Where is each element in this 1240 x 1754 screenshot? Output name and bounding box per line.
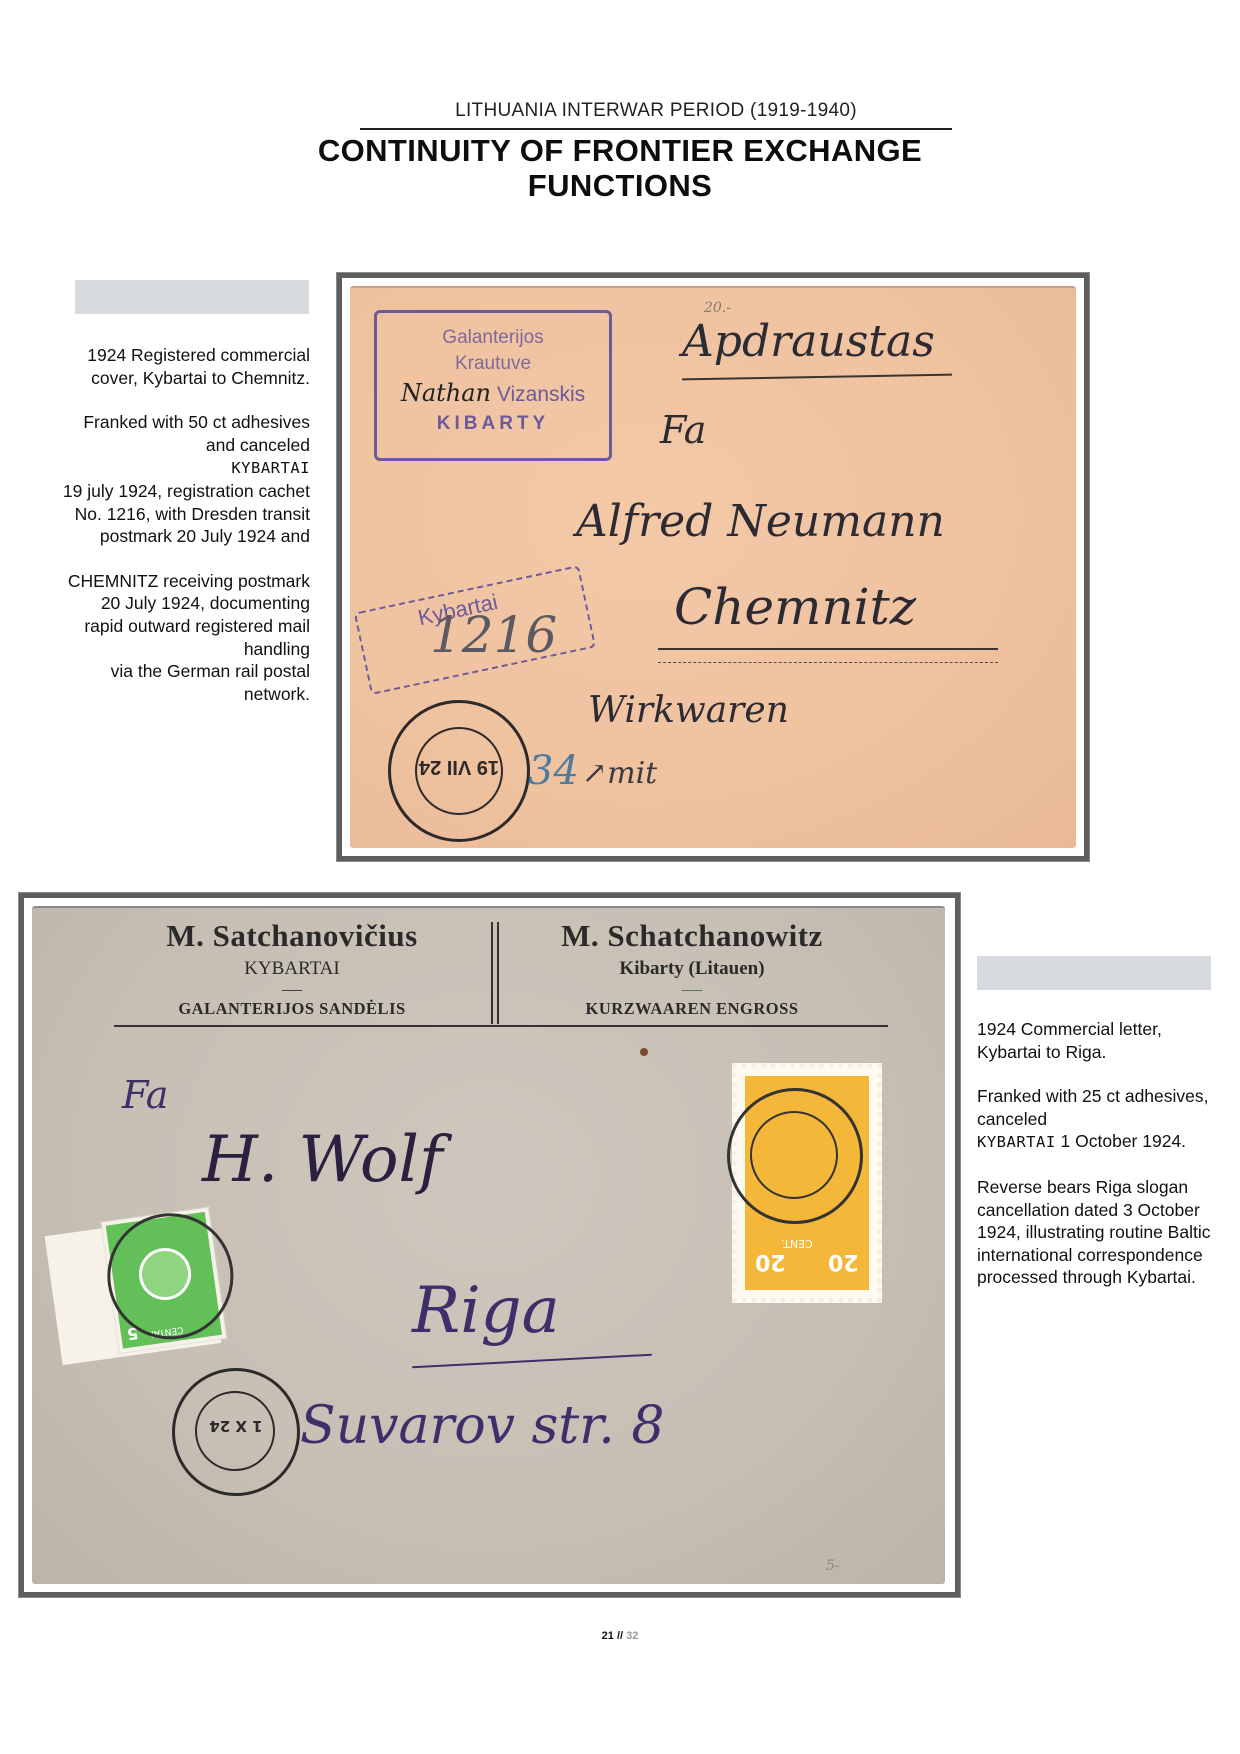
city-wavy-underline	[658, 656, 998, 663]
salutation: Fa	[122, 1073, 168, 1117]
caption-2-paragraph-1: 1924 Commercial letter, Kybartai to Riga…	[977, 1018, 1227, 1063]
stamp-20-cent: 20 20 CENT.	[732, 1063, 882, 1303]
caption-1: 1924 Registered commercial cover, Kybart…	[60, 344, 310, 705]
postmark-date: 1 X 24	[175, 1417, 297, 1435]
pencil-note: 34	[528, 748, 579, 794]
pencil-note: 5-	[826, 1558, 840, 1574]
city: Chemnitz	[674, 578, 916, 636]
page-title: CONTINUITY OF FRONTIER EXCHANGE FUNCTION…	[250, 133, 990, 203]
caption-1-paragraph-3: CHEMNITZ receiving postmark 20 July 1924…	[60, 570, 310, 706]
registered-cover-chemnitz: Galanterijos Krautuve Nathan Vizanskis K…	[350, 286, 1076, 848]
street-address: Suvarov str. 8	[300, 1396, 664, 1456]
registration-number: 1216	[430, 606, 557, 664]
kybartai-postmark: 19 VII 24	[388, 700, 530, 842]
letterhead-rule	[114, 1025, 888, 1027]
note-top: 20.-	[704, 300, 731, 316]
page-separator: //	[617, 1630, 623, 1642]
letterhead-german: M. Schatchanowitz Kibarty (Litauen) KURZ…	[502, 918, 882, 1019]
cover-image-frame-1: Galanterijos Krautuve Nathan Vizanskis K…	[337, 273, 1089, 861]
letterhead-lithuanian: M. Satchanovičius KYBARTAI GALANTERIJOS …	[102, 918, 482, 1019]
scribble: ↗mit	[582, 756, 657, 791]
caption-label-bar-2	[977, 956, 1211, 990]
postmark-date: 19 VII 24	[391, 755, 527, 778]
page-title-line-2: FUNCTIONS	[250, 168, 990, 203]
stamp-cancel	[727, 1088, 863, 1224]
ink-spot	[640, 1048, 648, 1056]
city-underline	[658, 648, 998, 650]
page-number: 21 // 32	[0, 1630, 1240, 1642]
caption-1-paragraph-1: 1924 Registered commercial cover, Kybart…	[60, 344, 310, 389]
caption-2: 1924 Commercial letter, Kybartai to Riga…	[977, 1018, 1227, 1289]
kybartai-postmark: 1 X 24	[172, 1368, 300, 1496]
caption-2-paragraph-3: Reverse bears Riga slogan cancellation d…	[977, 1176, 1227, 1289]
stamp-5-centai: 5 CENTAI	[42, 1197, 231, 1369]
total-pages: 32	[626, 1630, 638, 1642]
current-page: 21	[602, 1630, 614, 1642]
city-underline	[412, 1354, 652, 1369]
city: Riga	[412, 1274, 560, 1348]
cover-image-frame-2: M. Satchanovičius KYBARTAI GALANTERIJOS …	[19, 893, 960, 1597]
town-name: KYBARTAI	[977, 1133, 1056, 1151]
section-subtitle: LITHUANIA INTERWAR PERIOD (1919-1940)	[360, 100, 952, 122]
page-title-line-1: CONTINUITY OF FRONTIER EXCHANGE	[250, 133, 990, 168]
addressee: Alfred Neumann	[576, 496, 945, 547]
header-divider	[360, 128, 952, 130]
endorsement: Apdraustas	[682, 316, 935, 367]
salutation: Fa	[660, 408, 706, 452]
sender-cachet: Galanterijos Krautuve Nathan Vizanskis K…	[374, 310, 612, 461]
caption-2-paragraph-2: Franked with 25 ct adhesives, canceled K…	[977, 1085, 1227, 1154]
commercial-letter-riga: M. Satchanovičius KYBARTAI GALANTERIJOS …	[32, 906, 945, 1584]
addressee: H. Wolf	[202, 1123, 443, 1197]
caption-label-bar-1	[75, 280, 309, 314]
letterhead-divider	[491, 922, 493, 1024]
town-name: KYBARTAI	[231, 459, 310, 477]
sender-signature: Nathan	[401, 379, 491, 407]
caption-1-paragraph-2: Franked with 50 ct adhesives and cancele…	[60, 411, 310, 548]
endorsement-underline	[682, 374, 952, 381]
contents-note: Wirkwaren	[588, 690, 789, 731]
